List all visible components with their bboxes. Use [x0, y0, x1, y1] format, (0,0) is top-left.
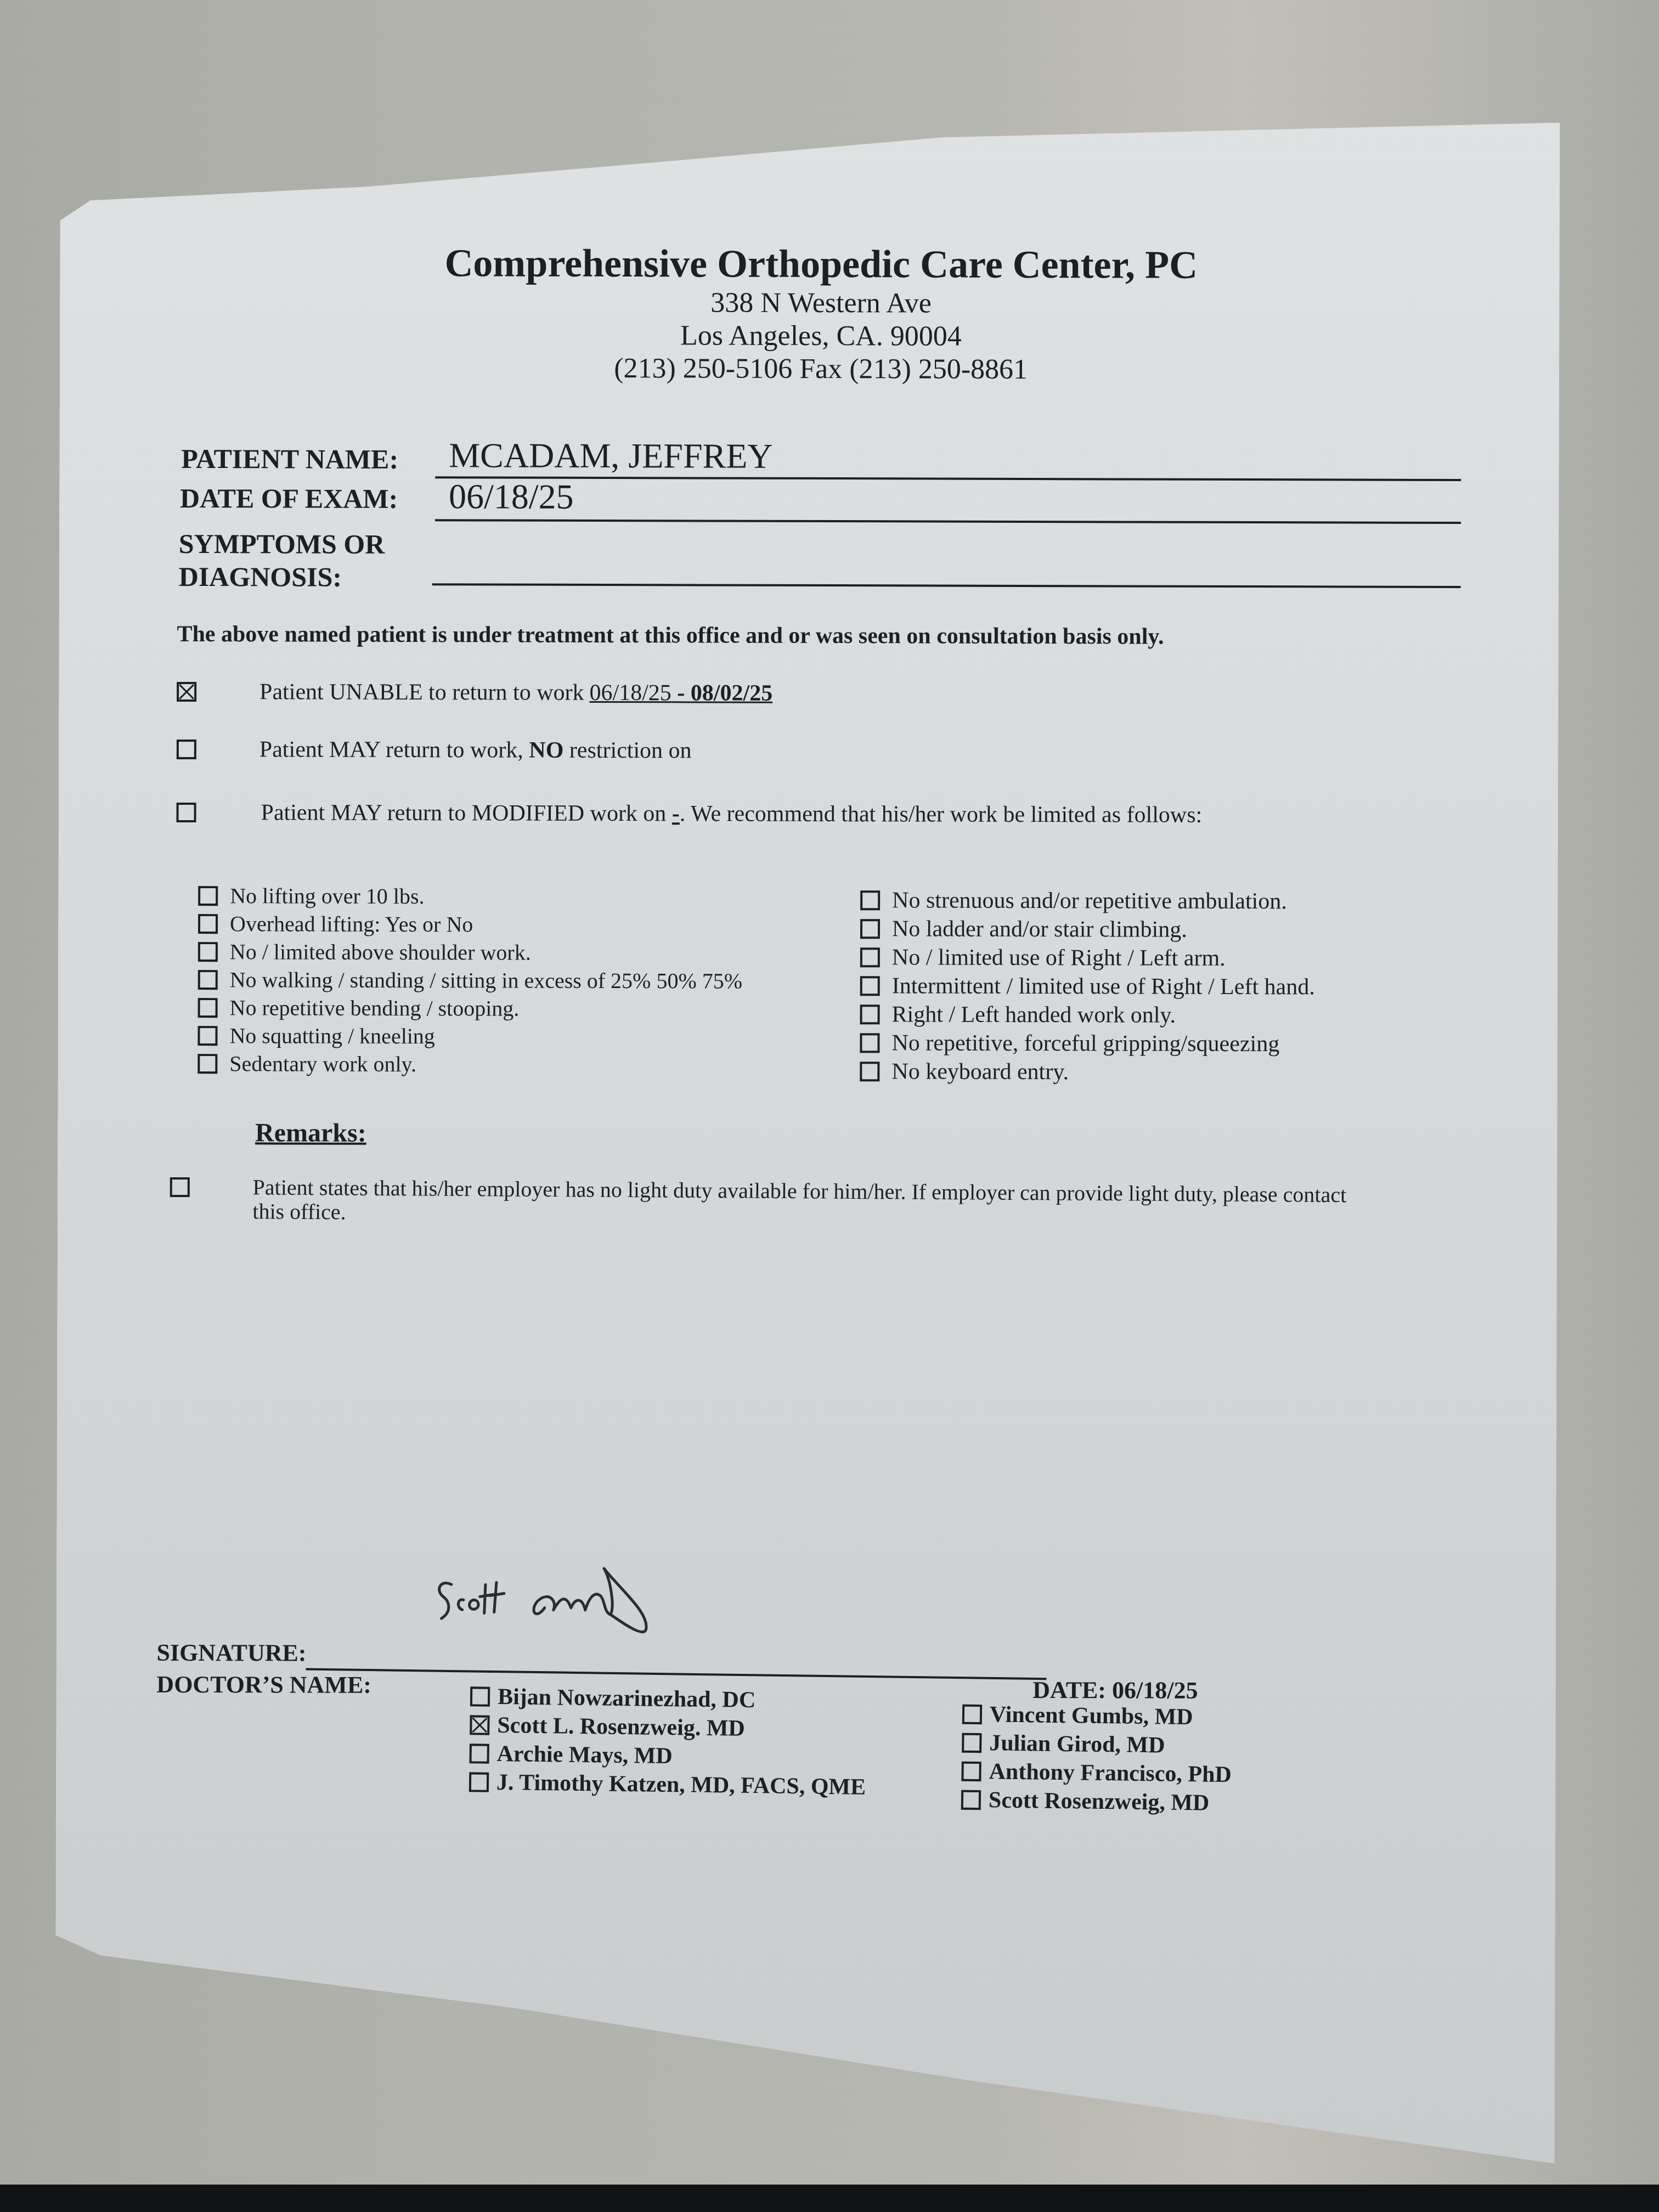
unable-to-work-dates: 06/18/25 - 08/02/25 — [589, 680, 772, 707]
option-modified-work: Patient MAY return to MODIFIED work on -… — [177, 799, 1203, 828]
symptoms-label-2: DIAGNOSIS: — [179, 561, 342, 593]
restriction-item-checkbox[interactable] — [860, 1033, 879, 1053]
date-separator: - — [672, 680, 691, 706]
restriction-item-label: Right / Left handed work only. — [892, 1000, 1176, 1029]
patient-name-rule — [435, 476, 1461, 481]
symptoms-label-1: SYMPTOMS OR — [179, 528, 385, 560]
restriction-item: No / limited above shoulder work. — [198, 938, 742, 967]
signature-rule — [306, 1668, 1046, 1680]
no-restriction-text-bold: NO — [529, 738, 563, 763]
no-restriction-text: Patient MAY return to work, NO restricti… — [259, 736, 692, 764]
doctors-right-column: Vincent Gumbs, MDJulian Girod, MDAnthony… — [961, 1700, 1233, 1818]
restriction-item-checkbox[interactable] — [860, 947, 880, 967]
doctor-option-label: Bijan Nowzarinezhad, DC — [498, 1683, 756, 1714]
modified-work-date-blank[interactable]: - — [672, 801, 680, 826]
doctor-option: Archie Mays, MD — [469, 1739, 866, 1773]
restriction-item-label: Sedentary work only. — [229, 1049, 416, 1078]
doctor-option-checkbox[interactable] — [961, 1790, 981, 1810]
doctor-option-label: Scott L. Rosenzweig. MD — [497, 1711, 745, 1743]
doctor-option: Scott Rosenzweig, MD — [961, 1786, 1232, 1818]
work-status-form: Comprehensive Orthopedic Care Center, PC… — [55, 119, 1583, 2163]
option-unable-to-work: Patient UNABLE to return to work 06/18/2… — [177, 679, 772, 707]
doctor-option-checkbox[interactable] — [470, 1715, 489, 1735]
doctors-left-column: Bijan Nowzarinezhad, DCScott L. Rosenzwe… — [469, 1682, 867, 1801]
unable-to-work-checkbox[interactable] — [177, 682, 196, 702]
desk-surface — [0, 2185, 1659, 2212]
symptoms-rule — [432, 583, 1461, 588]
letterhead: Comprehensive Orthopedic Care Center, PC… — [60, 239, 1583, 387]
restriction-item-checkbox[interactable] — [198, 998, 218, 1018]
restriction-item-label: No lifting over 10 lbs. — [230, 882, 425, 910]
doctor-option: Vincent Gumbs, MD — [962, 1700, 1233, 1732]
restrictions-left-column: No lifting over 10 lbs.Overhead lifting:… — [198, 882, 742, 1079]
restriction-item-label: No strenuous and/or repetitive ambulatio… — [892, 886, 1287, 916]
no-light-duty-checkbox[interactable] — [170, 1177, 190, 1197]
restriction-item-checkbox[interactable] — [198, 1026, 217, 1046]
restriction-item-label: No walking / standing / sitting in exces… — [230, 966, 742, 995]
restriction-item-label: No repetitive bending / stooping. — [230, 994, 520, 1022]
exam-date-label: DATE OF EXAM: — [180, 482, 398, 515]
modified-work-text: Patient MAY return to MODIFIED work on -… — [261, 799, 1203, 828]
restriction-item: No keyboard entry. — [860, 1057, 1314, 1087]
no-restriction-checkbox[interactable] — [177, 740, 196, 759]
restriction-item-label: Overhead lifting: Yes or No — [230, 910, 473, 938]
restriction-item-checkbox[interactable] — [198, 1054, 217, 1074]
doctor-option-label: Julian Girod, MD — [989, 1729, 1165, 1759]
doctor-option: Julian Girod, MD — [962, 1729, 1232, 1760]
restriction-item: Right / Left handed work only. — [860, 1000, 1315, 1030]
restriction-item-label: No squatting / kneeling — [229, 1022, 435, 1050]
modified-work-checkbox[interactable] — [177, 803, 196, 822]
date-signed: DATE: 06/18/25 — [1032, 1676, 1198, 1705]
organization-name: Comprehensive Orthopedic Care Center, PC — [60, 239, 1582, 289]
date-signed-label: DATE: — [1032, 1677, 1106, 1703]
doctor-option: Anthony Francisco, PhD — [961, 1757, 1232, 1789]
patient-name-label: PATIENT NAME: — [181, 443, 398, 475]
doctor-name-label: DOCTOR’S NAME: — [156, 1671, 371, 1699]
doctor-option: Bijan Nowzarinezhad, DC — [470, 1682, 867, 1716]
restriction-item-checkbox[interactable] — [198, 970, 218, 990]
unable-end-date: 08/02/25 — [691, 680, 772, 706]
restriction-item: No lifting over 10 lbs. — [198, 882, 742, 911]
restriction-item: Intermittent / limited use of Right / Le… — [860, 972, 1315, 1001]
doctor-option-checkbox[interactable] — [962, 1705, 982, 1724]
doctor-option-checkbox[interactable] — [470, 1686, 490, 1706]
modified-work-text-pre: Patient MAY return to MODIFIED work on — [261, 800, 672, 826]
restriction-item: No / limited use of Right / Left arm. — [860, 943, 1315, 973]
unable-to-work-text: Patient UNABLE to return to work — [259, 679, 584, 706]
restriction-item-checkbox[interactable] — [198, 886, 218, 906]
signature-label: SIGNATURE: — [156, 1639, 306, 1667]
handwritten-signature — [430, 1557, 792, 1640]
restriction-item: No repetitive, forceful gripping/squeezi… — [860, 1029, 1314, 1058]
doctor-option-label: Anthony Francisco, PhD — [989, 1757, 1232, 1789]
date-signed-value: 06/18/25 — [1112, 1677, 1198, 1703]
restriction-item-label: No repetitive, forceful gripping/squeezi… — [891, 1029, 1279, 1058]
restriction-item-label: No keyboard entry. — [891, 1057, 1069, 1086]
restriction-item: Sedentary work only. — [198, 1049, 742, 1079]
doctor-option-checkbox[interactable] — [469, 1772, 489, 1792]
no-restriction-text-post: restriction on — [563, 738, 691, 764]
exam-date-rule — [435, 519, 1461, 524]
doctor-option: J. Timothy Katzen, MD, FACS, QME — [469, 1768, 866, 1801]
remarks-heading: Remarks: — [255, 1118, 366, 1148]
restriction-item-checkbox[interactable] — [860, 1062, 879, 1081]
restriction-item-label: No / limited use of Right / Left arm. — [892, 943, 1226, 973]
no-light-duty-text: Patient states that his/her employer has… — [252, 1175, 1346, 1231]
option-no-restriction: Patient MAY return to work, NO restricti… — [177, 736, 692, 764]
exam-date-value[interactable]: 06/18/25 — [449, 476, 574, 517]
patient-name-value[interactable]: MCADAM, JEFFREY — [449, 435, 773, 477]
doctor-option: Scott L. Rosenzweig. MD — [470, 1711, 867, 1744]
restriction-item-checkbox[interactable] — [860, 976, 880, 996]
phone-fax-line: (213) 250-5106 Fax (213) 250-8861 — [60, 351, 1582, 387]
restrictions-right-column: No strenuous and/or repetitive ambulatio… — [860, 886, 1315, 1087]
doctor-option-label: Archie Mays, MD — [496, 1740, 673, 1770]
remarks-no-light-duty: Patient states that his/her employer has… — [170, 1175, 1347, 1227]
restriction-item-checkbox[interactable] — [860, 1005, 880, 1024]
restriction-item-label: No / limited above shoulder work. — [230, 938, 531, 966]
doctor-option-label: Vincent Gumbs, MD — [990, 1700, 1193, 1731]
restriction-item: No walking / standing / sitting in exces… — [198, 966, 742, 995]
doctor-option-checkbox[interactable] — [962, 1733, 981, 1753]
restriction-item-checkbox[interactable] — [198, 942, 218, 962]
restriction-item-checkbox[interactable] — [198, 914, 218, 934]
address-line-1: 338 N Western Ave — [60, 285, 1582, 321]
doctor-option-label: J. Timothy Katzen, MD, FACS, QME — [496, 1768, 866, 1802]
restriction-item-checkbox[interactable] — [860, 890, 880, 910]
restriction-item: No ladder and/or stair climbing. — [860, 915, 1315, 944]
restriction-item: No squatting / kneeling — [198, 1022, 742, 1051]
restriction-item: No strenuous and/or repetitive ambulatio… — [860, 886, 1315, 916]
restriction-item-checkbox[interactable] — [860, 919, 880, 939]
unable-start-date: 06/18/25 — [589, 680, 671, 706]
address-line-2: Los Angeles, CA. 90004 — [60, 318, 1582, 354]
restriction-item: No repetitive bending / stooping. — [198, 994, 742, 1023]
doctor-option-checkbox[interactable] — [469, 1743, 489, 1763]
no-restriction-text-pre: Patient MAY return to work, — [259, 737, 529, 763]
doctor-option-label: Scott Rosenzweig, MD — [989, 1786, 1210, 1817]
doctor-option-checkbox[interactable] — [961, 1762, 981, 1781]
restriction-item-label: No ladder and/or stair climbing. — [892, 915, 1187, 944]
modified-work-text-post: . We recommend that his/her work be limi… — [680, 801, 1202, 827]
treatment-statement: The above named patient is under treatme… — [177, 621, 1164, 650]
restriction-item-label: Intermittent / limited use of Right / Le… — [892, 972, 1315, 1001]
restriction-item: Overhead lifting: Yes or No — [198, 910, 742, 939]
